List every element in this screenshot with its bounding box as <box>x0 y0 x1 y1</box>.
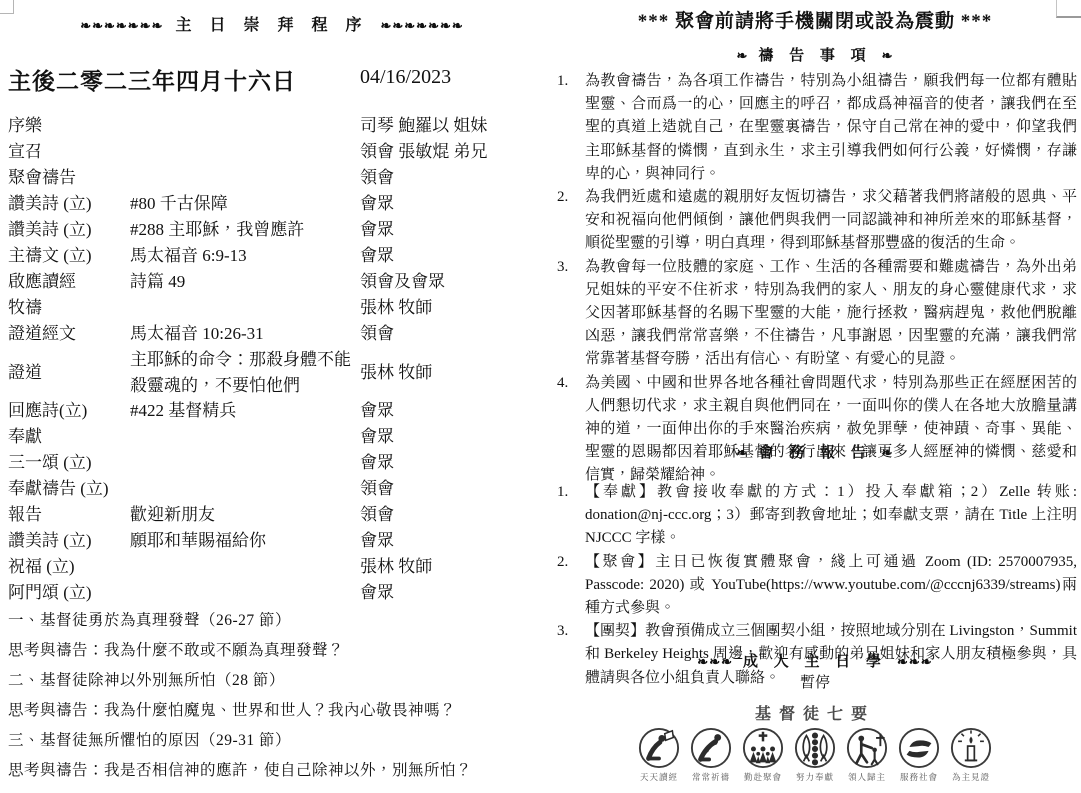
prayer-item: 2.為我們近處和遠處的親朋好友恆切禱告，求父藉著我們將諸般的恩典、平安和祝福向他… <box>553 186 1077 256</box>
bulletin-page: ❧❧❧❧❧❧❧主 日 崇 拜 程 序❧❧❧❧❧❧❧ 主後二零二三年四月十六日 0… <box>0 0 1081 793</box>
program-label: 宣召 <box>8 139 130 165</box>
program-person: 張林 牧師 <box>360 360 536 386</box>
program-person: 領會 張敏焜 弟兄 <box>360 139 536 165</box>
program-person: 張林 牧師 <box>360 554 536 580</box>
sermon-outline: 一、基督徒勇於為真理發聲（26-27 節） 思考與禱告：我為什麼不敢或不願為真理… <box>8 612 536 792</box>
program-item: #80 千古保障 <box>130 191 360 217</box>
outline-heading: 三、基督徒無所懼怕的原因（29-31 節） <box>8 732 536 750</box>
ornament-icon: ❧❧❧❧❧❧❧ <box>381 18 464 33</box>
program-person: 司琴 鮑羅以 姐妹 <box>360 113 536 139</box>
sunday-school-title: 成 人 主 日 學 <box>743 654 887 670</box>
program-item: 歡迎新朋友 <box>130 502 360 528</box>
left-column: ❧❧❧❧❧❧❧主 日 崇 拜 程 序❧❧❧❧❧❧❧ 主後二零二三年四月十六日 0… <box>8 0 536 793</box>
date-chinese: 主後二零二三年四月十六日 <box>8 69 296 94</box>
outline-heading: 二、基督徒除神以外別無所怕（28 節） <box>8 672 536 690</box>
prayer-section-header: ❧禱 告 事 項❧ <box>553 44 1077 65</box>
program-label: 阿門頌 (立) <box>8 580 130 606</box>
program-row: 祝福 (立)張林 牧師 <box>8 554 536 580</box>
program-row: 讚美詩 (立)#80 千古保障會眾 <box>8 191 536 217</box>
program-row: 奉獻禱告 (立)領會 <box>8 476 536 502</box>
sunday-school-header: ❧❧❧成 人 主 日 學❧❧❧ <box>553 650 1077 671</box>
seven-item: 服務社會 <box>896 727 943 783</box>
seven-item-label: 常常祈禱 <box>692 771 730 783</box>
program-row: 三一頌 (立)會眾 <box>8 450 536 476</box>
prayer-section-title: 禱 告 事 項 <box>758 48 871 64</box>
program-person: 會眾 <box>360 217 536 243</box>
item-number: 3. <box>557 256 568 279</box>
seven-item-label: 努力奉獻 <box>796 771 834 783</box>
phone-notice: *** 聚會前請將手機關閉或設為震動 *** <box>553 6 1077 33</box>
program-row: 主禱文 (立)馬太福音 6:9-13會眾 <box>8 243 536 269</box>
ornament-icon: ❧❧❧ <box>697 654 733 669</box>
seven-item: 努力奉獻 <box>792 727 839 783</box>
date-numeric: 04/16/2023 <box>360 66 451 89</box>
right-column: *** 聚會前請將手機關閉或設為震動 *** ❧禱 告 事 項❧ 1.為教會禱告… <box>553 0 1077 793</box>
program-item: #288 主耶穌，我曾應許 <box>130 217 360 243</box>
program-person: 會眾 <box>360 580 536 606</box>
program-row: 讚美詩 (立)願耶和華賜福給你會眾 <box>8 528 536 554</box>
announcement-text: 【聚會】主日已恢復實體聚會，綫上可通過 Zoom (ID: 2570007935… <box>585 554 1077 616</box>
prayer-text: 為美國、中國和世界各地各種社會問題代求，特別為那些正在經歷困苦的人們懇切代求，求… <box>585 375 1077 484</box>
program-row: 啟應讀經詩篇 49領會及會眾 <box>8 269 536 295</box>
seven-item-label: 領人歸主 <box>848 771 886 783</box>
program-row: 證道經文馬太福音 10:26-31領會 <box>8 321 536 347</box>
program-person: 會眾 <box>360 191 536 217</box>
program-person: 領會 <box>360 321 536 347</box>
seven-item-label: 勤赴聚會 <box>744 771 782 783</box>
seven-item: 勤赴聚會 <box>740 727 787 783</box>
candle-witness-icon <box>950 727 992 769</box>
program-row: 回應詩(立)#422 基督精兵會眾 <box>8 398 536 424</box>
program-label: 啟應讀經 <box>8 269 130 295</box>
pray-kneeling-icon <box>690 727 732 769</box>
program-row: 報告歡迎新朋友領會 <box>8 502 536 528</box>
program-label: 祝福 (立) <box>8 554 130 580</box>
ornament-icon: ❧❧❧ <box>897 654 933 669</box>
program-label: 序樂 <box>8 113 130 139</box>
program-label: 三一頌 (立) <box>8 450 130 476</box>
ornament-icon: ❧ <box>882 445 894 460</box>
program-row: 阿門頌 (立)會眾 <box>8 580 536 606</box>
outline-question: 思考與禱告：我為什麼不敢或不願為真理發聲？ <box>8 642 536 660</box>
date-row: 主後二零二三年四月十六日 04/16/2023 <box>8 63 536 96</box>
program-item: 馬太福音 10:26-31 <box>130 321 360 347</box>
program-person: 領會 <box>360 502 536 528</box>
prayer-text: 為教會禱告，為各項工作禱告，特別為小組禱告，願我們每一位都有體貼聖靈、合而爲一的… <box>585 73 1077 182</box>
seven-item: 常常祈禱 <box>688 727 735 783</box>
seven-item: 為主見證 <box>948 727 995 783</box>
worship-program-table: 序樂司琴 鮑羅以 姐妹 宣召領會 張敏焜 弟兄 聚會禱告領會 讚美詩 (立)#8… <box>8 113 536 606</box>
program-item: #422 基督精兵 <box>130 398 360 424</box>
program-item: 馬太福音 6:9-13 <box>130 243 360 269</box>
program-person: 會眾 <box>360 424 536 450</box>
page-title: 主 日 崇 拜 程 序 <box>175 17 368 34</box>
program-label: 證道 <box>8 360 130 386</box>
program-label: 讚美詩 (立) <box>8 191 130 217</box>
prayer-text: 為教會每一位肢體的家庭、工作、生活的各種需要和難處禱告，為外出弟兄姐妹的平安不住… <box>585 259 1077 368</box>
offering-fish-coins-icon <box>794 727 836 769</box>
item-number: 3. <box>557 620 568 643</box>
seven-item: 天天讀經 <box>636 727 683 783</box>
program-label: 回應詩(立) <box>8 398 130 424</box>
seven-item-label: 為主見證 <box>952 771 990 783</box>
program-person: 張林 牧師 <box>360 295 536 321</box>
prayer-item: 1.為教會禱告，為各項工作禱告，特別為小組禱告，願我們每一位都有體貼聖靈、合而爲… <box>553 70 1077 186</box>
seven-item: 領人歸主 <box>844 727 891 783</box>
program-person: 領會及會眾 <box>360 269 536 295</box>
program-label: 證道經文 <box>8 321 130 347</box>
program-label: 聚會禱告 <box>8 165 130 191</box>
program-person: 領會 <box>360 165 536 191</box>
program-item: 願耶和華賜福給你 <box>130 528 360 554</box>
prayer-text: 為我們近處和遠處的親朋好友恆切禱告，求父藉著我們將諸般的恩典、平安和祝福向他們傾… <box>585 189 1077 251</box>
announcement-item: 1.【奉獻】教會接收奉獻的方式：1）投入奉獻箱；2）Zelle 转账: dona… <box>553 481 1077 551</box>
read-bible-icon <box>638 727 680 769</box>
program-person: 會眾 <box>360 528 536 554</box>
program-person: 會眾 <box>360 243 536 269</box>
serving-hands-icon <box>898 727 940 769</box>
ornament-icon: ❧ <box>882 48 894 63</box>
program-row: 證道主耶穌的命令：那殺身體不能殺靈魂的，不要怕他們張林 牧師 <box>8 347 536 398</box>
program-person: 會眾 <box>360 450 536 476</box>
program-person: 領會 <box>360 476 536 502</box>
item-number: 1. <box>557 481 568 504</box>
announcements-section-title: 會 務 報 告 <box>758 445 871 461</box>
item-number: 2. <box>557 551 568 574</box>
item-number: 1. <box>557 70 568 93</box>
sunday-school-status: 暫停 <box>553 671 1077 692</box>
program-row: 聚會禱告領會 <box>8 165 536 191</box>
outline-question: 思考與禱告：我為什麼怕魔鬼、世界和世人？我內心敬畏神嗎？ <box>8 702 536 720</box>
program-row: 序樂司琴 鮑羅以 姐妹 <box>8 113 536 139</box>
seven-icons-row: 天天讀經 常常祈禱 勤赴聚會 <box>553 727 1077 783</box>
prayer-item: 3.為教會每一位肢體的家庭、工作、生活的各種需要和難處禱告，為外出弟兄姐妹的平安… <box>553 256 1077 372</box>
prayer-item: 4.為美國、中國和世界各地各種社會問題代求，特別為那些正在經歷困苦的人們懇切代求… <box>553 372 1077 488</box>
seven-essentials-title: 基督徒七要 <box>553 701 1077 724</box>
seven-item-label: 天天讀經 <box>640 771 678 783</box>
attend-meeting-icon <box>742 727 784 769</box>
program-item: 主耶穌的命令：那殺身體不能殺靈魂的，不要怕他們 <box>130 347 360 398</box>
seven-item-label: 服務社會 <box>900 771 938 783</box>
ornament-icon: ❧ <box>736 445 748 460</box>
program-row: 奉獻會眾 <box>8 424 536 450</box>
program-label: 讚美詩 (立) <box>8 528 130 554</box>
program-item: 詩篇 49 <box>130 269 360 295</box>
announcement-item: 2.【聚會】主日已恢復實體聚會，綫上可通過 Zoom (ID: 25700079… <box>553 551 1077 621</box>
program-label: 奉獻禱告 (立) <box>8 476 130 502</box>
announcement-text: 【奉獻】教會接收奉獻的方式：1）投入奉獻箱；2）Zelle 转账: donati… <box>585 484 1077 546</box>
ornament-icon: ❧❧❧❧❧❧❧ <box>80 18 163 33</box>
program-label: 讚美詩 (立) <box>8 217 130 243</box>
program-label: 主禱文 (立) <box>8 243 130 269</box>
lead-to-lord-icon <box>846 727 888 769</box>
program-row: 讚美詩 (立)#288 主耶穌，我曾應許會眾 <box>8 217 536 243</box>
program-person: 會眾 <box>360 398 536 424</box>
program-row: 宣召領會 張敏焜 弟兄 <box>8 139 536 165</box>
program-label: 奉獻 <box>8 424 130 450</box>
seven-essentials: 基督徒七要 天天讀經 常常祈禱 <box>553 701 1077 783</box>
ornament-icon: ❧ <box>736 48 748 63</box>
outline-question: 思考與禱告：我是否相信神的應許，使自己除神以外，別無所怕？ <box>8 762 536 780</box>
program-label: 牧禱 <box>8 295 130 321</box>
prayer-list: 1.為教會禱告，為各項工作禱告，特別為小組禱告，願我們每一位都有體貼聖靈、合而爲… <box>553 70 1077 488</box>
outline-heading: 一、基督徒勇於為真理發聲（26-27 節） <box>8 612 536 630</box>
worship-order-header: ❧❧❧❧❧❧❧主 日 崇 拜 程 序❧❧❧❧❧❧❧ <box>8 12 536 35</box>
item-number: 2. <box>557 186 568 209</box>
announcements-section-header: ❧會 務 報 告❧ <box>553 441 1077 462</box>
program-label: 報告 <box>8 502 130 528</box>
program-row: 牧禱張林 牧師 <box>8 295 536 321</box>
item-number: 4. <box>557 372 568 395</box>
